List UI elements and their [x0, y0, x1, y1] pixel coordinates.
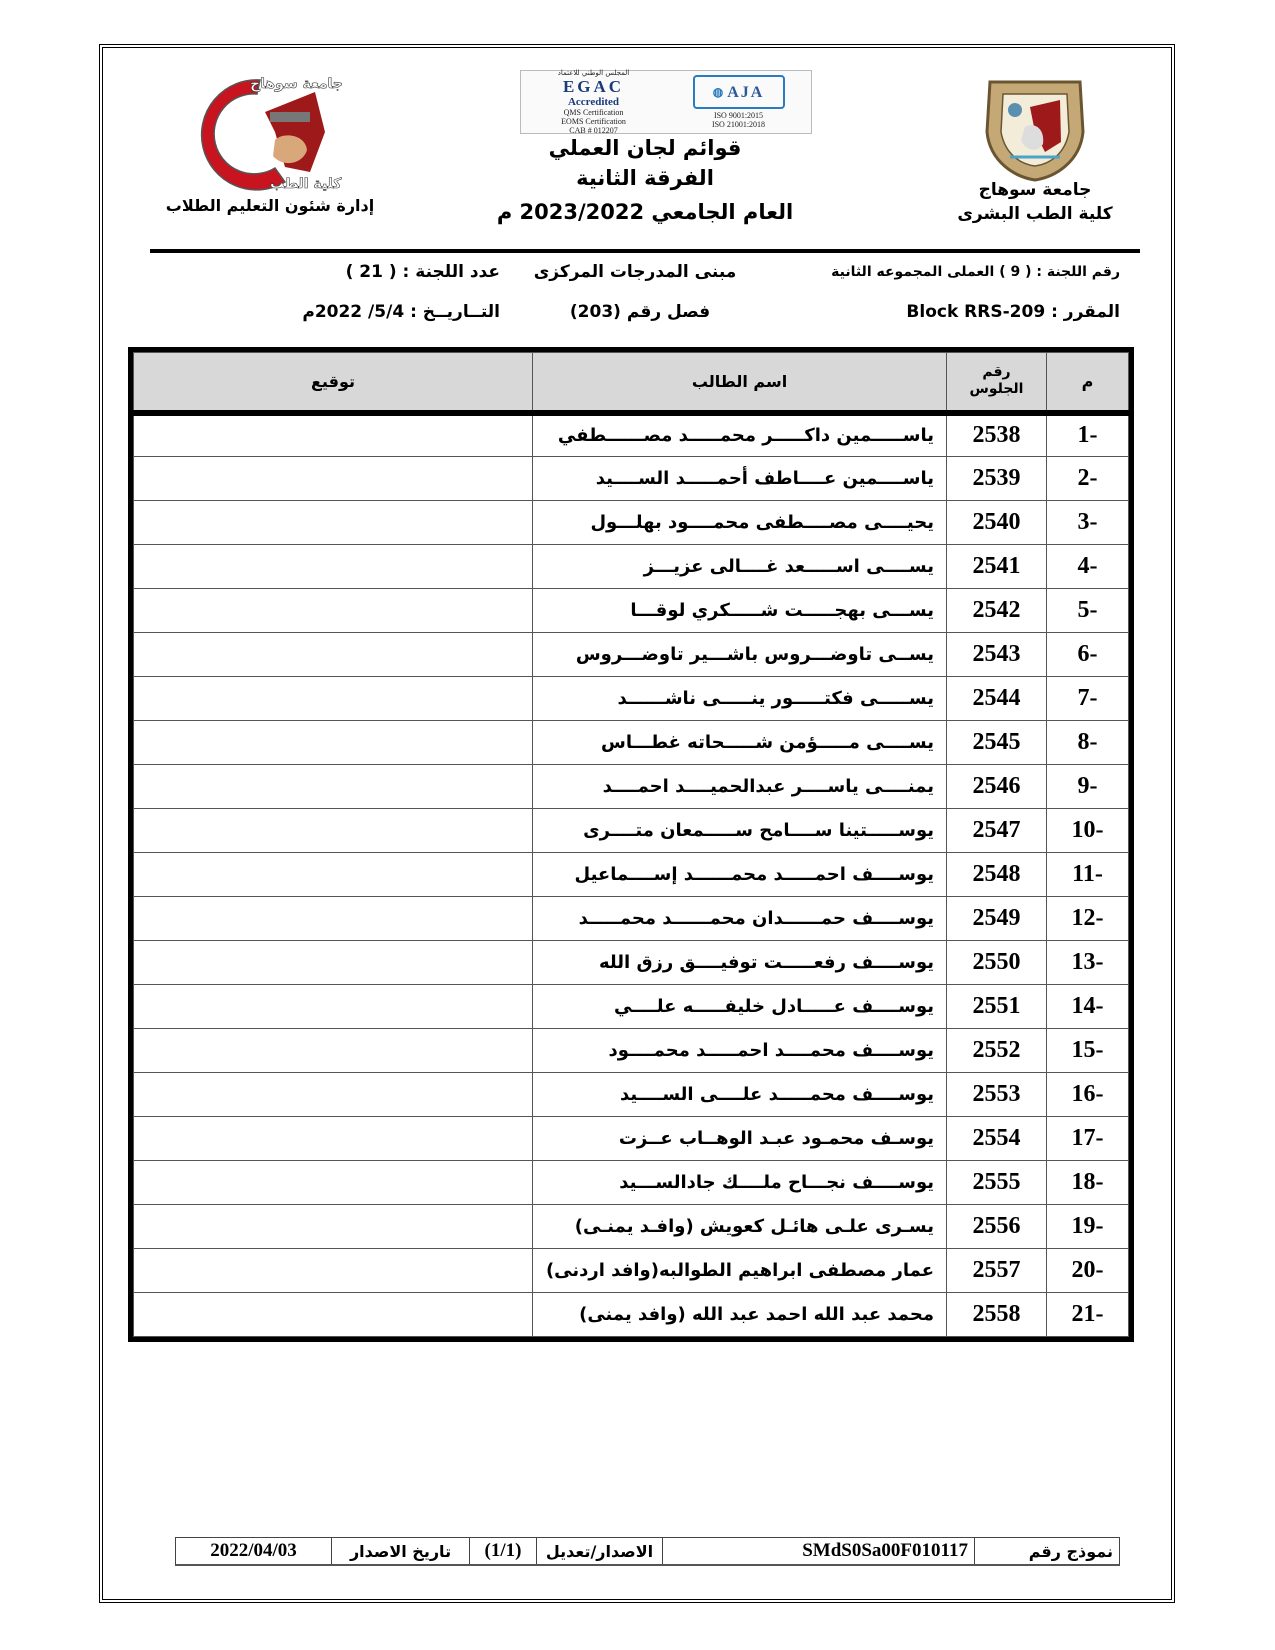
student-name: يســى تاوضـــروس باشـــير تاوضـــروس — [533, 633, 947, 677]
seat-number: 2552 — [947, 1029, 1047, 1073]
row-index: -13 — [1047, 941, 1129, 985]
row-index: -14 — [1047, 985, 1129, 1029]
committee-count: عدد اللجنة : ( 21 ) — [300, 262, 500, 282]
signature-cell[interactable] — [134, 457, 533, 501]
student-name: يســــى مـــــؤمن شـــــحاته غطـــاس — [533, 721, 947, 765]
student-name: يحيــــى مصــــطفى محمــــود بهلـــول — [533, 501, 947, 545]
student-name: يوســــف نجـــاح ملــــك جادالســـيد — [533, 1161, 947, 1205]
seat-number: 2542 — [947, 589, 1047, 633]
col-header-index: م — [1047, 353, 1129, 413]
signature-cell[interactable] — [134, 1117, 533, 1161]
certification-logos: المجلس الوطني للاعتماد EGAC Accredited Q… — [520, 70, 812, 134]
student-name: يوســــف حمــــــدان محمــــــد محمـــــ… — [533, 897, 947, 941]
table-row: -20 2557 عمار مصطفى ابراهيم الطوالبه(واف… — [134, 1249, 1129, 1293]
signature-cell[interactable] — [134, 1293, 533, 1337]
student-name: يوســــف محمـــــد علــــى الســــيد — [533, 1073, 947, 1117]
row-index: -10 — [1047, 809, 1129, 853]
signature-cell[interactable] — [134, 809, 533, 853]
signature-cell[interactable] — [134, 633, 533, 677]
student-name: يســــى اســـــعد غــــالى عزيـــز — [533, 545, 947, 589]
sohag-university-logo — [975, 72, 1095, 182]
committee-number: رقم اللجنة : ( 9 ) العملى المجموعه الثان… — [831, 264, 1120, 280]
table-header-row: م رقم الجلوس اسم الطالب توقيع — [134, 353, 1129, 413]
faculty-of-medicine-logo: جامعة سوهاج كلية الطب — [165, 72, 350, 192]
title-practical-committees: قوائم لجان العملي — [480, 136, 810, 160]
seat-number: 2541 — [947, 545, 1047, 589]
signature-cell[interactable] — [134, 853, 533, 897]
seat-number: 2551 — [947, 985, 1047, 1029]
form-code: SMdS0Sa00F010117 — [662, 1538, 974, 1564]
row-index: -2 — [1047, 457, 1129, 501]
row-index: -9 — [1047, 765, 1129, 809]
seat-number: 2540 — [947, 501, 1047, 545]
seat-number: 2556 — [947, 1205, 1047, 1249]
table-row: -19 2556 يسـرى علـى هائـل كعويش (وافـد ي… — [134, 1205, 1129, 1249]
signature-cell[interactable] — [134, 897, 533, 941]
seat-number: 2543 — [947, 633, 1047, 677]
row-index: -3 — [1047, 501, 1129, 545]
row-index: -20 — [1047, 1249, 1129, 1293]
signature-cell[interactable] — [134, 1161, 533, 1205]
student-name: يسـرى علـى هائـل كعويش (وافـد يمنـى) — [533, 1205, 947, 1249]
row-index: -7 — [1047, 677, 1129, 721]
issue-date-label: تاريخ الاصدار — [331, 1538, 469, 1564]
table-row: -4 2541 يســــى اســـــعد غــــالى عزيــ… — [134, 545, 1129, 589]
table-row: -5 2542 يســـى بهجـــــت شـــــكري لوقــ… — [134, 589, 1129, 633]
seat-number: 2558 — [947, 1293, 1047, 1337]
row-index: -21 — [1047, 1293, 1129, 1337]
signature-cell[interactable] — [134, 1205, 533, 1249]
faculty-name: كلية الطب البشرى — [950, 204, 1120, 224]
signature-cell[interactable] — [134, 941, 533, 985]
row-index: -5 — [1047, 589, 1129, 633]
row-index: -4 — [1047, 545, 1129, 589]
student-name: يمنــــى ياســــر عبدالحميــــد احمــــد — [533, 765, 947, 809]
table-row: -8 2545 يســــى مـــــؤمن شـــــحاته غطـ… — [134, 721, 1129, 765]
row-index: -11 — [1047, 853, 1129, 897]
version-value: (1/1) — [469, 1538, 536, 1564]
row-index: -19 — [1047, 1205, 1129, 1249]
table-row: -21 2558 محمد عبد الله احمد عبد الله (وا… — [134, 1293, 1129, 1337]
form-number-label: نموذج رقم — [974, 1538, 1119, 1564]
table-row: -18 2555 يوســــف نجـــاح ملــــك جادالس… — [134, 1161, 1129, 1205]
header-divider — [150, 249, 1140, 253]
seat-number: 2539 — [947, 457, 1047, 501]
egac-logo: المجلس الوطني للاعتماد EGAC Accredited Q… — [521, 71, 666, 133]
student-name: يوســــف عـــــادل خليفـــــه علــــي — [533, 985, 947, 1029]
col-header-student-name: اسم الطالب — [533, 353, 947, 413]
seat-number: 2553 — [947, 1073, 1047, 1117]
signature-cell[interactable] — [134, 545, 533, 589]
seat-number: 2545 — [947, 721, 1047, 765]
signature-cell[interactable] — [134, 501, 533, 545]
student-name: يوســـــتينا ســــامح ســـــمعان متــــر… — [533, 809, 947, 853]
table-row: -16 2553 يوســــف محمـــــد علــــى السـ… — [134, 1073, 1129, 1117]
col-header-seat-number: رقم الجلوس — [947, 353, 1047, 413]
university-name: جامعة سوهاج — [950, 180, 1120, 200]
table-row: -13 2550 يوســــف رفعـــــت توفيــــق رز… — [134, 941, 1129, 985]
student-name: ياســــمين عــــاطف أحمـــــد الســــيد — [533, 457, 947, 501]
table-row: -3 2540 يحيــــى مصــــطفى محمــــود بهل… — [134, 501, 1129, 545]
table-row: -2 2539 ياســــمين عــــاطف أحمـــــد ال… — [134, 457, 1129, 501]
classroom-number: فصل رقم (203) — [540, 302, 740, 322]
row-index: -15 — [1047, 1029, 1129, 1073]
students-table: م رقم الجلوس اسم الطالب توقيع -1 2538 يا… — [128, 347, 1134, 1342]
student-affairs-caption: إدارة شئون التعليم الطلاب — [150, 196, 390, 215]
signature-cell[interactable] — [134, 765, 533, 809]
row-index: -6 — [1047, 633, 1129, 677]
course-code: المقرر : Block RRS-209 — [906, 302, 1120, 322]
seat-number: 2548 — [947, 853, 1047, 897]
seat-number: 2538 — [947, 413, 1047, 457]
signature-cell[interactable] — [134, 1249, 533, 1293]
student-name: يســـــى فكتـــــور ينـــــى ناشــــــد — [533, 677, 947, 721]
row-index: -16 — [1047, 1073, 1129, 1117]
table-row: -11 2548 يوســــف احمـــــد محمــــــد إ… — [134, 853, 1129, 897]
seat-number: 2550 — [947, 941, 1047, 985]
signature-cell[interactable] — [134, 589, 533, 633]
table-row: -7 2544 يســـــى فكتـــــور ينـــــى ناش… — [134, 677, 1129, 721]
exam-date: التــاريــخ : 5/4/ 2022م — [240, 302, 500, 322]
table-row: -6 2543 يســى تاوضـــروس باشـــير تاوضــ… — [134, 633, 1129, 677]
seat-number: 2546 — [947, 765, 1047, 809]
seat-number: 2544 — [947, 677, 1047, 721]
signature-cell[interactable] — [134, 1029, 533, 1073]
student-name: يوســــف محمــــد احمـــــد محمــــود — [533, 1029, 947, 1073]
student-name: ياســـــمين داكـــــر محمـــــد مصــــــ… — [533, 413, 947, 457]
svg-text:كلية الطب: كلية الطب — [270, 176, 342, 192]
seat-number: 2549 — [947, 897, 1047, 941]
globe-icon: ◍ — [713, 88, 725, 97]
table-row: -10 2547 يوســـــتينا ســــامح ســـــمعا… — [134, 809, 1129, 853]
table-row: -17 2554 يوسـف محمـود عبـد الوهــاب عــز… — [134, 1117, 1129, 1161]
issue-date-value: 2022/04/03 — [176, 1538, 331, 1564]
row-index: -18 — [1047, 1161, 1129, 1205]
student-name: يســـى بهجـــــت شـــــكري لوقـــا — [533, 589, 947, 633]
table-row: -9 2546 يمنــــى ياســــر عبدالحميــــد … — [134, 765, 1129, 809]
seat-number: 2554 — [947, 1117, 1047, 1161]
title-academic-year: العام الجامعي 2023/2022 م — [480, 200, 810, 224]
seat-number: 2547 — [947, 809, 1047, 853]
seat-number: 2555 — [947, 1161, 1047, 1205]
signature-cell[interactable] — [134, 985, 533, 1029]
version-label: الاصدار/تعديل — [536, 1538, 662, 1564]
row-index: -8 — [1047, 721, 1129, 765]
svg-text:جامعة سوهاج: جامعة سوهاج — [250, 76, 343, 92]
row-index: -17 — [1047, 1117, 1129, 1161]
table-row: -15 2552 يوســــف محمــــد احمـــــد محم… — [134, 1029, 1129, 1073]
seat-number: 2557 — [947, 1249, 1047, 1293]
row-index: -1 — [1047, 413, 1129, 457]
table-row: -1 2538 ياســـــمين داكـــــر محمـــــد … — [134, 413, 1129, 457]
building-name: مبنى المدرجات المركزى — [520, 262, 750, 282]
form-footer: نموذج رقم SMdS0Sa00F010117 الاصدار/تعديل… — [175, 1537, 1120, 1566]
title-second-year: الفرقة الثانية — [480, 166, 810, 190]
col-header-signature: توقيع — [134, 353, 533, 413]
student-name: يوســــف احمـــــد محمــــــد إســــماعي… — [533, 853, 947, 897]
signature-cell[interactable] — [134, 721, 533, 765]
table-row: -12 2549 يوســــف حمــــــدان محمــــــد… — [134, 897, 1129, 941]
student-name: يوسـف محمـود عبـد الوهــاب عــزت — [533, 1117, 947, 1161]
student-name: يوســــف رفعـــــت توفيــــق رزق الله — [533, 941, 947, 985]
signature-cell[interactable] — [134, 1073, 533, 1117]
student-name: عمار مصطفى ابراهيم الطوالبه(وافد اردنى) — [533, 1249, 947, 1293]
student-name: محمد عبد الله احمد عبد الله (وافد يمنى) — [533, 1293, 947, 1337]
signature-cell[interactable] — [134, 677, 533, 721]
table-row: -14 2551 يوســــف عـــــادل خليفـــــه ع… — [134, 985, 1129, 1029]
signature-cell[interactable] — [134, 413, 533, 457]
aja-logo: ◍AJA ISO 9001:2015 ISO 21001:2018 — [666, 71, 811, 133]
row-index: -12 — [1047, 897, 1129, 941]
